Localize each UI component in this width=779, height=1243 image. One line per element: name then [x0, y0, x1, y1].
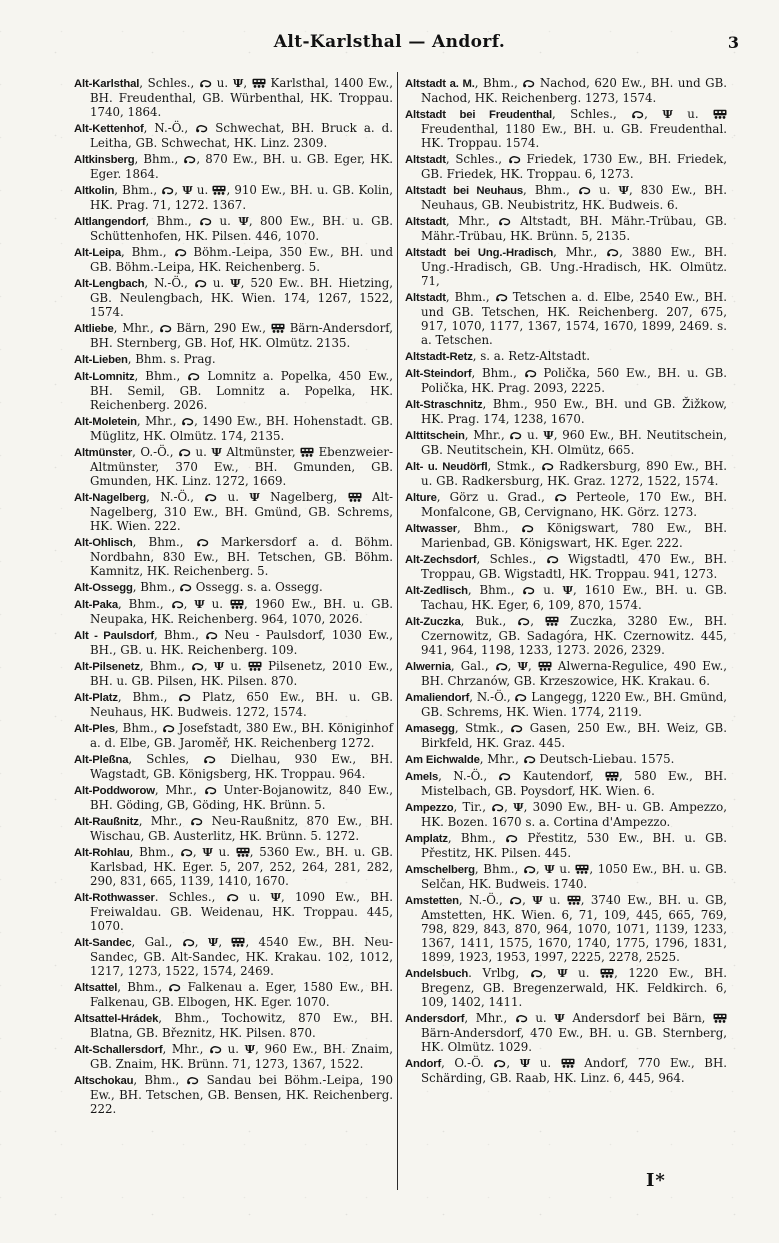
railway-icon — [300, 445, 314, 459]
entry-term: Alt-Straschnitz — [405, 399, 482, 411]
entry-term: Alt-Kettenhof — [74, 123, 144, 135]
telegraph-icon: Ψ — [543, 428, 554, 442]
posthorn-icon — [190, 814, 203, 828]
directory-entry: Altstadt, Mhr., Altstadt, BH. Mähr.-Trüb… — [405, 214, 727, 243]
posthorn-icon — [524, 366, 537, 380]
telegraph-icon: Ψ — [202, 845, 213, 859]
railway-icon — [713, 107, 727, 121]
directory-entry: Andorf, O.-Ö. , Ψ u. Andorf, 770 Ew., BH… — [405, 1056, 727, 1085]
entry-term: Ampezzo — [405, 802, 454, 814]
directory-entry: Alt-Ples, Bhm., Josefstadt, 380 Ew., BH.… — [74, 721, 393, 750]
posthorn-icon — [194, 276, 207, 290]
entry-term: Amaliendorf — [405, 692, 469, 704]
posthorn-icon — [515, 1011, 528, 1025]
telegraph-icon: Ψ — [214, 659, 225, 673]
directory-entry: Altlangendorf, Bhm., u. Ψ, 800 Ew., BH. … — [74, 214, 393, 243]
posthorn-icon — [226, 890, 239, 904]
railway-icon — [538, 659, 552, 673]
entry-term: Alt-Zuczka — [405, 616, 461, 628]
directory-entry: Alt-Moletein, Mhr., , 1490 Ew., BH. Hohe… — [74, 414, 393, 443]
directory-entry: Alt-Sandec, Gal., , Ψ, , 4540 Ew., BH. N… — [74, 935, 393, 978]
directory-entry: Altsattel-Hrádek, Bhm., Tochowitz, 870 E… — [74, 1011, 393, 1040]
directory-entry: Alt-Platz, Bhm., Platz, 650 Ew., BH. u. … — [74, 690, 393, 719]
telegraph-icon: Ψ — [618, 183, 629, 197]
posthorn-icon — [514, 690, 527, 704]
entry-term: Amschelberg — [405, 864, 475, 876]
posthorn-icon — [161, 183, 174, 197]
railway-icon — [713, 1011, 727, 1025]
directory-entry: Alture, Görz u. Grad., Perteole, 170 Ew.… — [405, 490, 727, 519]
directory-entry: Alttitschein, Mhr., u. Ψ, 960 Ew., BH. N… — [405, 428, 727, 457]
railway-icon — [212, 183, 226, 197]
directory-entry: Altstadt bei Neuhaus, Bhm., u. Ψ, 830 Ew… — [405, 183, 727, 212]
directory-entry: Amplatz, Bhm., Přestitz, 530 Ew., BH. u.… — [405, 831, 727, 860]
entry-term: Alt-Rothwasser — [74, 892, 155, 904]
posthorn-icon — [187, 369, 200, 383]
directory-entry: Alt-Karlsthal, Schles., u. Ψ, Karlsthal,… — [74, 76, 393, 119]
entry-term: Altstadt a. M. — [405, 78, 475, 90]
entry-term: Altstadt — [405, 292, 446, 304]
posthorn-icon — [182, 935, 195, 949]
directory-entry: Altstadt bei Ung.-Hradisch, Mhr., , 3880… — [405, 245, 727, 288]
telegraph-icon: Ψ — [245, 1042, 256, 1056]
directory-entry: Amaliendorf, N.-Ö., Langegg, 1220 Ew., B… — [405, 690, 727, 719]
telegraph-icon: Ψ — [520, 1056, 531, 1070]
directory-entry: Alt-Rohlau, Bhm., , Ψ u. , 5360 Ew., BH.… — [74, 845, 393, 888]
entry-term: Alt-Ples — [74, 723, 115, 735]
posthorn-icon — [196, 535, 209, 549]
posthorn-icon — [491, 800, 504, 814]
entry-term: Alt-Lomnitz — [74, 371, 134, 383]
posthorn-icon — [517, 614, 530, 628]
entry-term: Alt-Lieben — [74, 354, 128, 366]
directory-entry: Alt-Pilsenetz, Bhm., , Ψ u. Pilsenetz, 2… — [74, 659, 393, 688]
entry-term: Alt-Ohlisch — [74, 537, 133, 549]
telegraph-icon: Ψ — [513, 800, 524, 814]
directory-entry: Alt-Zedlisch, Bhm., u. Ψ, 1610 Ew., BH. … — [405, 583, 727, 612]
posthorn-icon — [199, 76, 212, 90]
entry-term: Altsattel — [74, 982, 117, 994]
directory-entry: Andersdorf, Mhr., u. Ψ Andersdorf bei Bä… — [405, 1011, 727, 1054]
entry-term: Amasegg — [405, 723, 455, 735]
railway-icon — [252, 76, 266, 90]
posthorn-icon — [199, 214, 212, 228]
entry-term: Alt-Paka — [74, 599, 118, 611]
entry-term: Alt-Ossegg — [74, 582, 133, 594]
directory-entry: Amasegg, Stmk., Gasen, 250 Ew., BH. Weiz… — [405, 721, 727, 750]
entry-term: Alt- u. Neudörfl — [405, 461, 487, 473]
telegraph-icon: Ψ — [233, 76, 244, 90]
posthorn-icon — [578, 183, 591, 197]
railway-icon — [230, 597, 244, 611]
directory-column-left: Alt-Karlsthal, Schles., u. Ψ, Karlsthal,… — [74, 76, 393, 1118]
posthorn-icon — [495, 659, 508, 673]
directory-entry: Altschokau, Bhm., Sandau bei Böhm.-Leipa… — [74, 1073, 393, 1116]
directory-entry: Altstadt, Bhm., Tetschen a. d. Elbe, 254… — [405, 290, 727, 347]
railway-icon — [545, 614, 559, 628]
directory-entry: Ampezzo, Tir., , Ψ, 3090 Ew., BH- u. GB.… — [405, 800, 727, 829]
directory-column-right: Altstadt a. M., Bhm., Nachod, 620 Ew., B… — [405, 76, 727, 1087]
posthorn-icon — [505, 831, 518, 845]
posthorn-icon — [159, 321, 172, 335]
telegraph-icon: Ψ — [194, 597, 205, 611]
entry-term: Alt-Raußnitz — [74, 816, 139, 828]
entry-term: Alt-Schallersdorf — [74, 1044, 162, 1056]
posthorn-icon — [495, 290, 508, 304]
directory-entry: Alt-Straschnitz, Bhm., 950 Ew., BH. und … — [405, 397, 727, 426]
column-divider — [397, 72, 398, 1190]
entry-term: Amstetten — [405, 895, 459, 907]
posthorn-icon — [181, 414, 194, 428]
directory-entry: Alt-Lengbach, N.-Ö., u. Ψ, 520 Ew.. BH. … — [74, 276, 393, 319]
entry-term: Alt-Leipa — [74, 247, 121, 259]
posthorn-icon — [191, 659, 204, 673]
directory-entry: Amschelberg, Bhm., , Ψ u. , 1050 Ew., BH… — [405, 862, 727, 891]
directory-entry: Altstadt, Schles., Friedek, 1730 Ew., BH… — [405, 152, 727, 181]
posthorn-icon — [203, 752, 216, 766]
posthorn-icon — [179, 580, 192, 594]
railway-icon — [248, 659, 262, 673]
entry-term: Altstadt bei Freudenthal — [405, 109, 552, 121]
entry-term: Alt-Karlsthal — [74, 78, 139, 90]
telegraph-icon: Ψ — [544, 862, 555, 876]
railway-icon — [605, 769, 619, 783]
directory-entry: Altstadt bei Freudenthal, Schles., , Ψ u… — [405, 107, 727, 150]
entry-term: Altliebe — [74, 323, 114, 335]
entry-term: Alt-Lengbach — [74, 278, 144, 290]
entry-term: Alt-Rohlau — [74, 847, 130, 859]
entry-term: Alture — [405, 492, 437, 504]
directory-entry: Alt-Steindorf, Bhm., Polička, 560 Ew., B… — [405, 366, 727, 395]
posthorn-icon — [205, 628, 218, 642]
posthorn-icon — [171, 597, 184, 611]
directory-entry: Alt- u. Neudörfl, Stmk., Radkersburg, 89… — [405, 459, 727, 488]
posthorn-icon — [530, 966, 543, 980]
entry-term: Alt - Paulsdorf — [74, 630, 154, 642]
directory-entry: Alt-Schallersdorf, Mhr., u. Ψ, 960 Ew., … — [74, 1042, 393, 1071]
posthorn-icon — [186, 1073, 199, 1087]
posthorn-icon — [209, 1042, 222, 1056]
posthorn-icon — [168, 980, 181, 994]
entry-term: Alt-Poddworow — [74, 785, 155, 797]
entry-term: Altstadt-Retz — [405, 351, 473, 363]
directory-entry: Alt-Ohlisch, Bhm., Markersdorf a. d. Böh… — [74, 535, 393, 578]
railway-icon — [561, 1056, 575, 1070]
telegraph-icon: Ψ — [532, 893, 543, 907]
directory-entry: Altliebe, Mhr., Bärn, 290 Ew., Bärn-Ande… — [74, 321, 393, 350]
posthorn-icon — [554, 490, 567, 504]
entry-term: Alt-Platz — [74, 692, 118, 704]
posthorn-icon — [195, 121, 208, 135]
entry-term: Altwasser — [405, 523, 457, 535]
entry-term: Altstadt bei Ung.-Hradisch — [405, 247, 553, 259]
entry-term: Alwernia — [405, 661, 451, 673]
directory-entry: Altstadt a. M., Bhm., Nachod, 620 Ew., B… — [405, 76, 727, 105]
posthorn-icon — [508, 152, 521, 166]
directory-entry: Alt-Poddworow, Mhr., Unter-Bojanowitz, 8… — [74, 783, 393, 812]
directory-entry: Alwernia, Gal., , Ψ, Alwerna-Regulice, 4… — [405, 659, 727, 688]
posthorn-icon — [498, 214, 511, 228]
directory-entry: Alt-Raußnitz, Mhr., Neu-Raußnitz, 870 Ew… — [74, 814, 393, 843]
directory-entry: Alt-Leipa, Bhm., Böhm.-Leipa, 350 Ew., B… — [74, 245, 393, 274]
posthorn-icon — [493, 1056, 506, 1070]
railway-icon — [348, 490, 362, 504]
directory-entry: Alt-Pleßna, Schles, Dielhau, 930 Ew., BH… — [74, 752, 393, 781]
posthorn-icon — [162, 721, 175, 735]
entry-term: Altstadt bei Neuhaus — [405, 185, 523, 197]
entry-term: Altkolin — [74, 185, 114, 197]
posthorn-icon — [631, 107, 644, 121]
directory-entry: Amstetten, N.-Ö., , Ψ u. , 3740 Ew., BH.… — [405, 893, 727, 964]
directory-entry: Altsattel, Bhm., Falkenau a. Eger, 1580 … — [74, 980, 393, 1009]
directory-entry: Alt-Rothwasser. Schles., u. Ψ, 1090 Ew.,… — [74, 890, 393, 933]
telegraph-icon: Ψ — [208, 935, 219, 949]
directory-entry: Alt - Paulsdorf, Bhm., Neu - Paulsdorf, … — [74, 628, 393, 657]
telegraph-icon: Ψ — [249, 490, 260, 504]
posthorn-icon — [204, 490, 217, 504]
entry-term: Altschokau — [74, 1075, 133, 1087]
telegraph-icon: Ψ — [563, 583, 574, 597]
entry-term: Altkinsberg — [74, 154, 135, 166]
posthorn-icon — [541, 459, 554, 473]
directory-entry: Andelsbuch. Vrlbg, , Ψ u. , 1220 Ew., BH… — [405, 966, 727, 1009]
posthorn-icon — [498, 769, 511, 783]
telegraph-icon: Ψ — [557, 966, 568, 980]
posthorn-icon — [204, 783, 217, 797]
entry-term: Alt-Steindorf — [405, 368, 471, 380]
telegraph-icon: Ψ — [238, 214, 249, 228]
entry-term: Alt-Zechsdorf — [405, 554, 476, 566]
posthorn-icon — [523, 752, 536, 766]
entry-term: Alt-Zedlisch — [405, 585, 468, 597]
posthorn-icon — [509, 893, 522, 907]
railway-icon — [231, 935, 245, 949]
directory-entry: Alt-Zechsdorf, Schles., Wigstadtl, 470 E… — [405, 552, 727, 581]
posthorn-icon — [509, 428, 522, 442]
directory-entry: Altwasser, Bhm., Königswart, 780 Ew., BH… — [405, 521, 727, 550]
entry-term: Andersdorf — [405, 1013, 464, 1025]
posthorn-icon — [522, 583, 535, 597]
directory-entry: Am Eichwalde, Mhr., Deutsch-Liebau. 1575… — [405, 752, 727, 767]
railway-icon — [236, 845, 250, 859]
entry-term: Altmünster — [74, 447, 132, 459]
entry-term: Alt-Sandec — [74, 937, 132, 949]
railway-icon — [575, 862, 589, 876]
directory-entry: Altstadt-Retz, s. a. Retz-Altstadt. — [405, 349, 727, 364]
entry-term: Alt-Nagelberg — [74, 492, 146, 504]
signature-mark: I* — [646, 1170, 666, 1191]
posthorn-icon — [183, 152, 196, 166]
directory-entry: Alt-Ossegg, Bhm., Ossegg. s. a. Ossegg. — [74, 580, 393, 595]
telegraph-icon: Ψ — [270, 890, 281, 904]
railway-icon — [567, 893, 581, 907]
posthorn-icon — [546, 552, 559, 566]
posthorn-icon — [523, 862, 536, 876]
posthorn-icon — [174, 245, 187, 259]
posthorn-icon — [510, 721, 523, 735]
directory-entry: Alt-Paka, Bhm., , Ψ u. , 1960 Ew., BH. u… — [74, 597, 393, 626]
telegraph-icon: Ψ — [182, 183, 193, 197]
posthorn-icon — [522, 76, 535, 90]
entry-term: Alt-Moletein — [74, 416, 137, 428]
directory-entry: Altkinsberg, Bhm., , 870 Ew., BH. u. GB.… — [74, 152, 393, 181]
posthorn-icon — [606, 245, 619, 259]
posthorn-icon — [180, 845, 193, 859]
entry-term: Am Eichwalde — [405, 754, 480, 766]
telegraph-icon: Ψ — [211, 445, 222, 459]
directory-entry: Altkolin, Bhm., , Ψ u. , 910 Ew., BH. u.… — [74, 183, 393, 212]
entry-term: Andorf — [405, 1058, 441, 1070]
directory-entry: Amels, N.-Ö., Kautendorf, , 580 Ew., BH.… — [405, 769, 727, 798]
posthorn-icon — [178, 445, 191, 459]
directory-entry: Altmünster, O.-Ö., u. Ψ Altmünster, Eben… — [74, 445, 393, 488]
directory-entry: Alt-Kettenhof, N.-Ö., Schwechat, BH. Bru… — [74, 121, 393, 150]
entry-term: Altstadt — [405, 154, 446, 166]
entry-term: Altlangendorf — [74, 216, 145, 228]
telegraph-icon: Ψ — [230, 276, 241, 290]
telegraph-icon: Ψ — [554, 1011, 565, 1025]
directory-entry: Alt-Lomnitz, Bhm., Lomnitz a. Popelka, 4… — [74, 369, 393, 412]
entry-term: Altsattel-Hrádek — [74, 1013, 158, 1025]
page-header-title: Alt-Karlsthal — Andorf. — [0, 32, 779, 52]
directory-entry: Alt-Lieben, Bhm. s. Prag. — [74, 352, 393, 367]
directory-entry: Alt-Zuczka, Buk., , Zuczka, 3280 Ew., BH… — [405, 614, 727, 657]
telegraph-icon: Ψ — [662, 107, 673, 121]
railway-icon — [600, 966, 614, 980]
entry-term: Alttitschein — [405, 430, 465, 442]
entry-term: Amels — [405, 771, 438, 783]
posthorn-icon — [521, 521, 534, 535]
entry-term: Andelsbuch — [405, 968, 468, 980]
railway-icon — [271, 321, 285, 335]
posthorn-icon — [178, 690, 191, 704]
entry-term: Alt-Pleßna — [74, 754, 128, 766]
directory-entry: Alt-Nagelberg, N.-Ö., u. Ψ Nagelberg, Al… — [74, 490, 393, 533]
telegraph-icon: Ψ — [517, 659, 528, 673]
entry-term: Amplatz — [405, 833, 448, 845]
page-number: 3 — [728, 33, 739, 52]
entry-term: Alt-Pilsenetz — [74, 661, 140, 673]
entry-term: Altstadt — [405, 216, 446, 228]
